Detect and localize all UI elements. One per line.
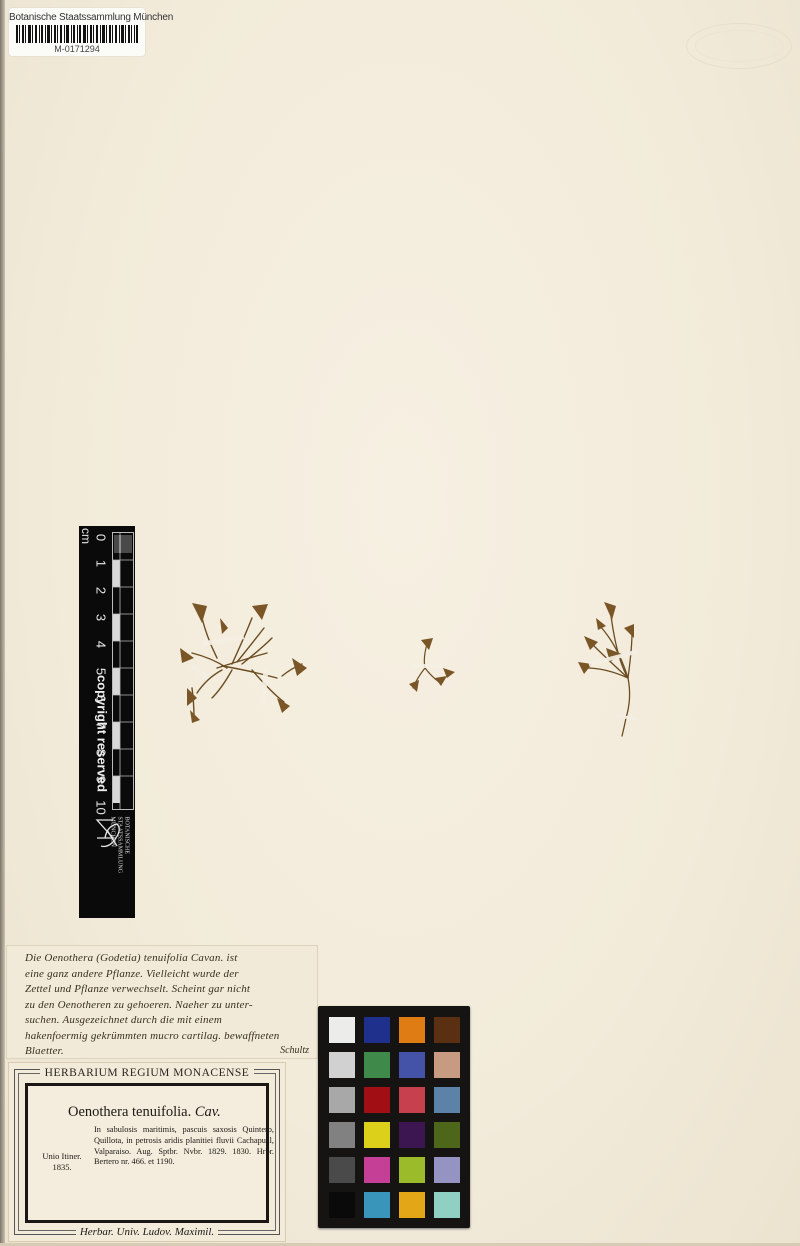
label-header-text: HERBARIUM REGIUM MONACENSE	[40, 1067, 255, 1079]
barcode-label: Botanische Staatssammlung München M-0171…	[9, 8, 145, 56]
scale-ruler: cm 0 1 2 3 4 5 6 7 8 9 10 copy	[79, 526, 135, 918]
color-patch	[364, 1157, 390, 1183]
color-patch	[434, 1157, 460, 1183]
color-patch	[364, 1087, 390, 1113]
logo-text-line-3: MÜNCHEN	[109, 817, 116, 897]
label-footer-text: Herbar. Univ. Ludov. Maximil.	[76, 1226, 218, 1238]
color-patch	[399, 1017, 425, 1043]
collection-line-2: 1835.	[37, 1162, 87, 1173]
color-patch	[364, 1052, 390, 1078]
logo-text-line-1: BOTANISCHE	[123, 817, 130, 897]
ruler-tick-1: 1	[94, 556, 109, 572]
embossed-stamp	[686, 23, 792, 69]
color-patch	[399, 1192, 425, 1218]
color-patch	[434, 1122, 460, 1148]
ruler-unit: cm	[79, 528, 93, 544]
ruler-tick-0: 0	[94, 530, 109, 546]
barcode-icon	[16, 25, 138, 43]
species-binomial: Oenothera tenuifolia.	[68, 1104, 191, 1120]
ruler-logo-text: BOTANISCHE STAATSSAMMLUNG MÜNCHEN	[109, 817, 130, 897]
color-patch	[434, 1017, 460, 1043]
collection-line-1: Unio Itiner.	[37, 1151, 87, 1162]
collection-info: Unio Itiner. 1835.	[37, 1151, 87, 1173]
color-patch	[364, 1122, 390, 1148]
ruler-tick-4: 4	[94, 637, 109, 653]
label-footer: Herbar. Univ. Ludov. Maximil.	[9, 1226, 285, 1238]
color-patch	[364, 1017, 390, 1043]
color-patch	[434, 1087, 460, 1113]
color-patch-grid	[329, 1017, 460, 1218]
ruler-tick-2: 2	[94, 583, 109, 599]
note-line-4: zu den Oenotheren zu gehoeren. Naeher zu…	[25, 998, 280, 1014]
note-line-3: Zettel und Pflanze verwechselt. Scheint …	[25, 982, 280, 998]
color-patch	[399, 1157, 425, 1183]
handwritten-annotation: Die Oenothera (Godetia) tenuifolia Cavan…	[6, 945, 318, 1059]
color-patch	[329, 1052, 355, 1078]
note-line-2: eine ganz andere Pflanze. Vielleicht wur…	[25, 967, 280, 983]
plant-specimen-center	[405, 636, 457, 696]
plant-specimen-right	[576, 598, 646, 738]
color-patch	[399, 1052, 425, 1078]
color-patch	[364, 1192, 390, 1218]
color-calibration-chart	[318, 1006, 470, 1228]
color-patch	[329, 1017, 355, 1043]
note-line-1: Die Oenothera (Godetia) tenuifolia Cavan…	[25, 951, 280, 967]
ruler-tick-3: 3	[94, 610, 109, 626]
label-header: HERBARIUM REGIUM MONACENSE	[9, 1067, 285, 1079]
color-patch	[399, 1087, 425, 1113]
note-line-6: hakenfoermig gekrümmten mucro cartilag. …	[25, 1029, 280, 1045]
color-patch	[434, 1192, 460, 1218]
label-inner-frame: Oenothera tenuifolia. Cav. In sabulosis …	[25, 1083, 269, 1223]
note-signature: Schultz	[280, 1045, 309, 1056]
color-patch	[329, 1087, 355, 1113]
herbarium-label: HERBARIUM REGIUM MONACENSE Oenothera ten…	[8, 1062, 286, 1242]
plant-specimen-left	[172, 598, 312, 723]
ruler-copyright: copyright reserved	[95, 659, 110, 809]
ruler-scale-bars	[112, 532, 134, 810]
species-authority: Cav.	[195, 1104, 221, 1120]
note-line-5: suchen. Ausgezeichnet durch die mit eine…	[25, 1013, 280, 1029]
color-patch	[329, 1192, 355, 1218]
color-patch	[434, 1052, 460, 1078]
logo-text-line-2: STAATSSAMMLUNG	[116, 817, 123, 897]
color-patch	[329, 1122, 355, 1148]
color-patch	[329, 1157, 355, 1183]
institution-name: Botanische Staatssammlung München	[9, 12, 145, 23]
color-patch	[399, 1122, 425, 1148]
species-name: Oenothera tenuifolia. Cav.	[68, 1104, 221, 1121]
embossed-stamp-inner	[695, 30, 783, 62]
note-line-7: Blaetter.	[25, 1044, 280, 1060]
sheet-left-edge	[0, 0, 5, 1246]
locality-text: In sabulosis maritimis, pascuis saxosis …	[94, 1125, 274, 1168]
catalog-number: M-0171294	[9, 44, 145, 54]
